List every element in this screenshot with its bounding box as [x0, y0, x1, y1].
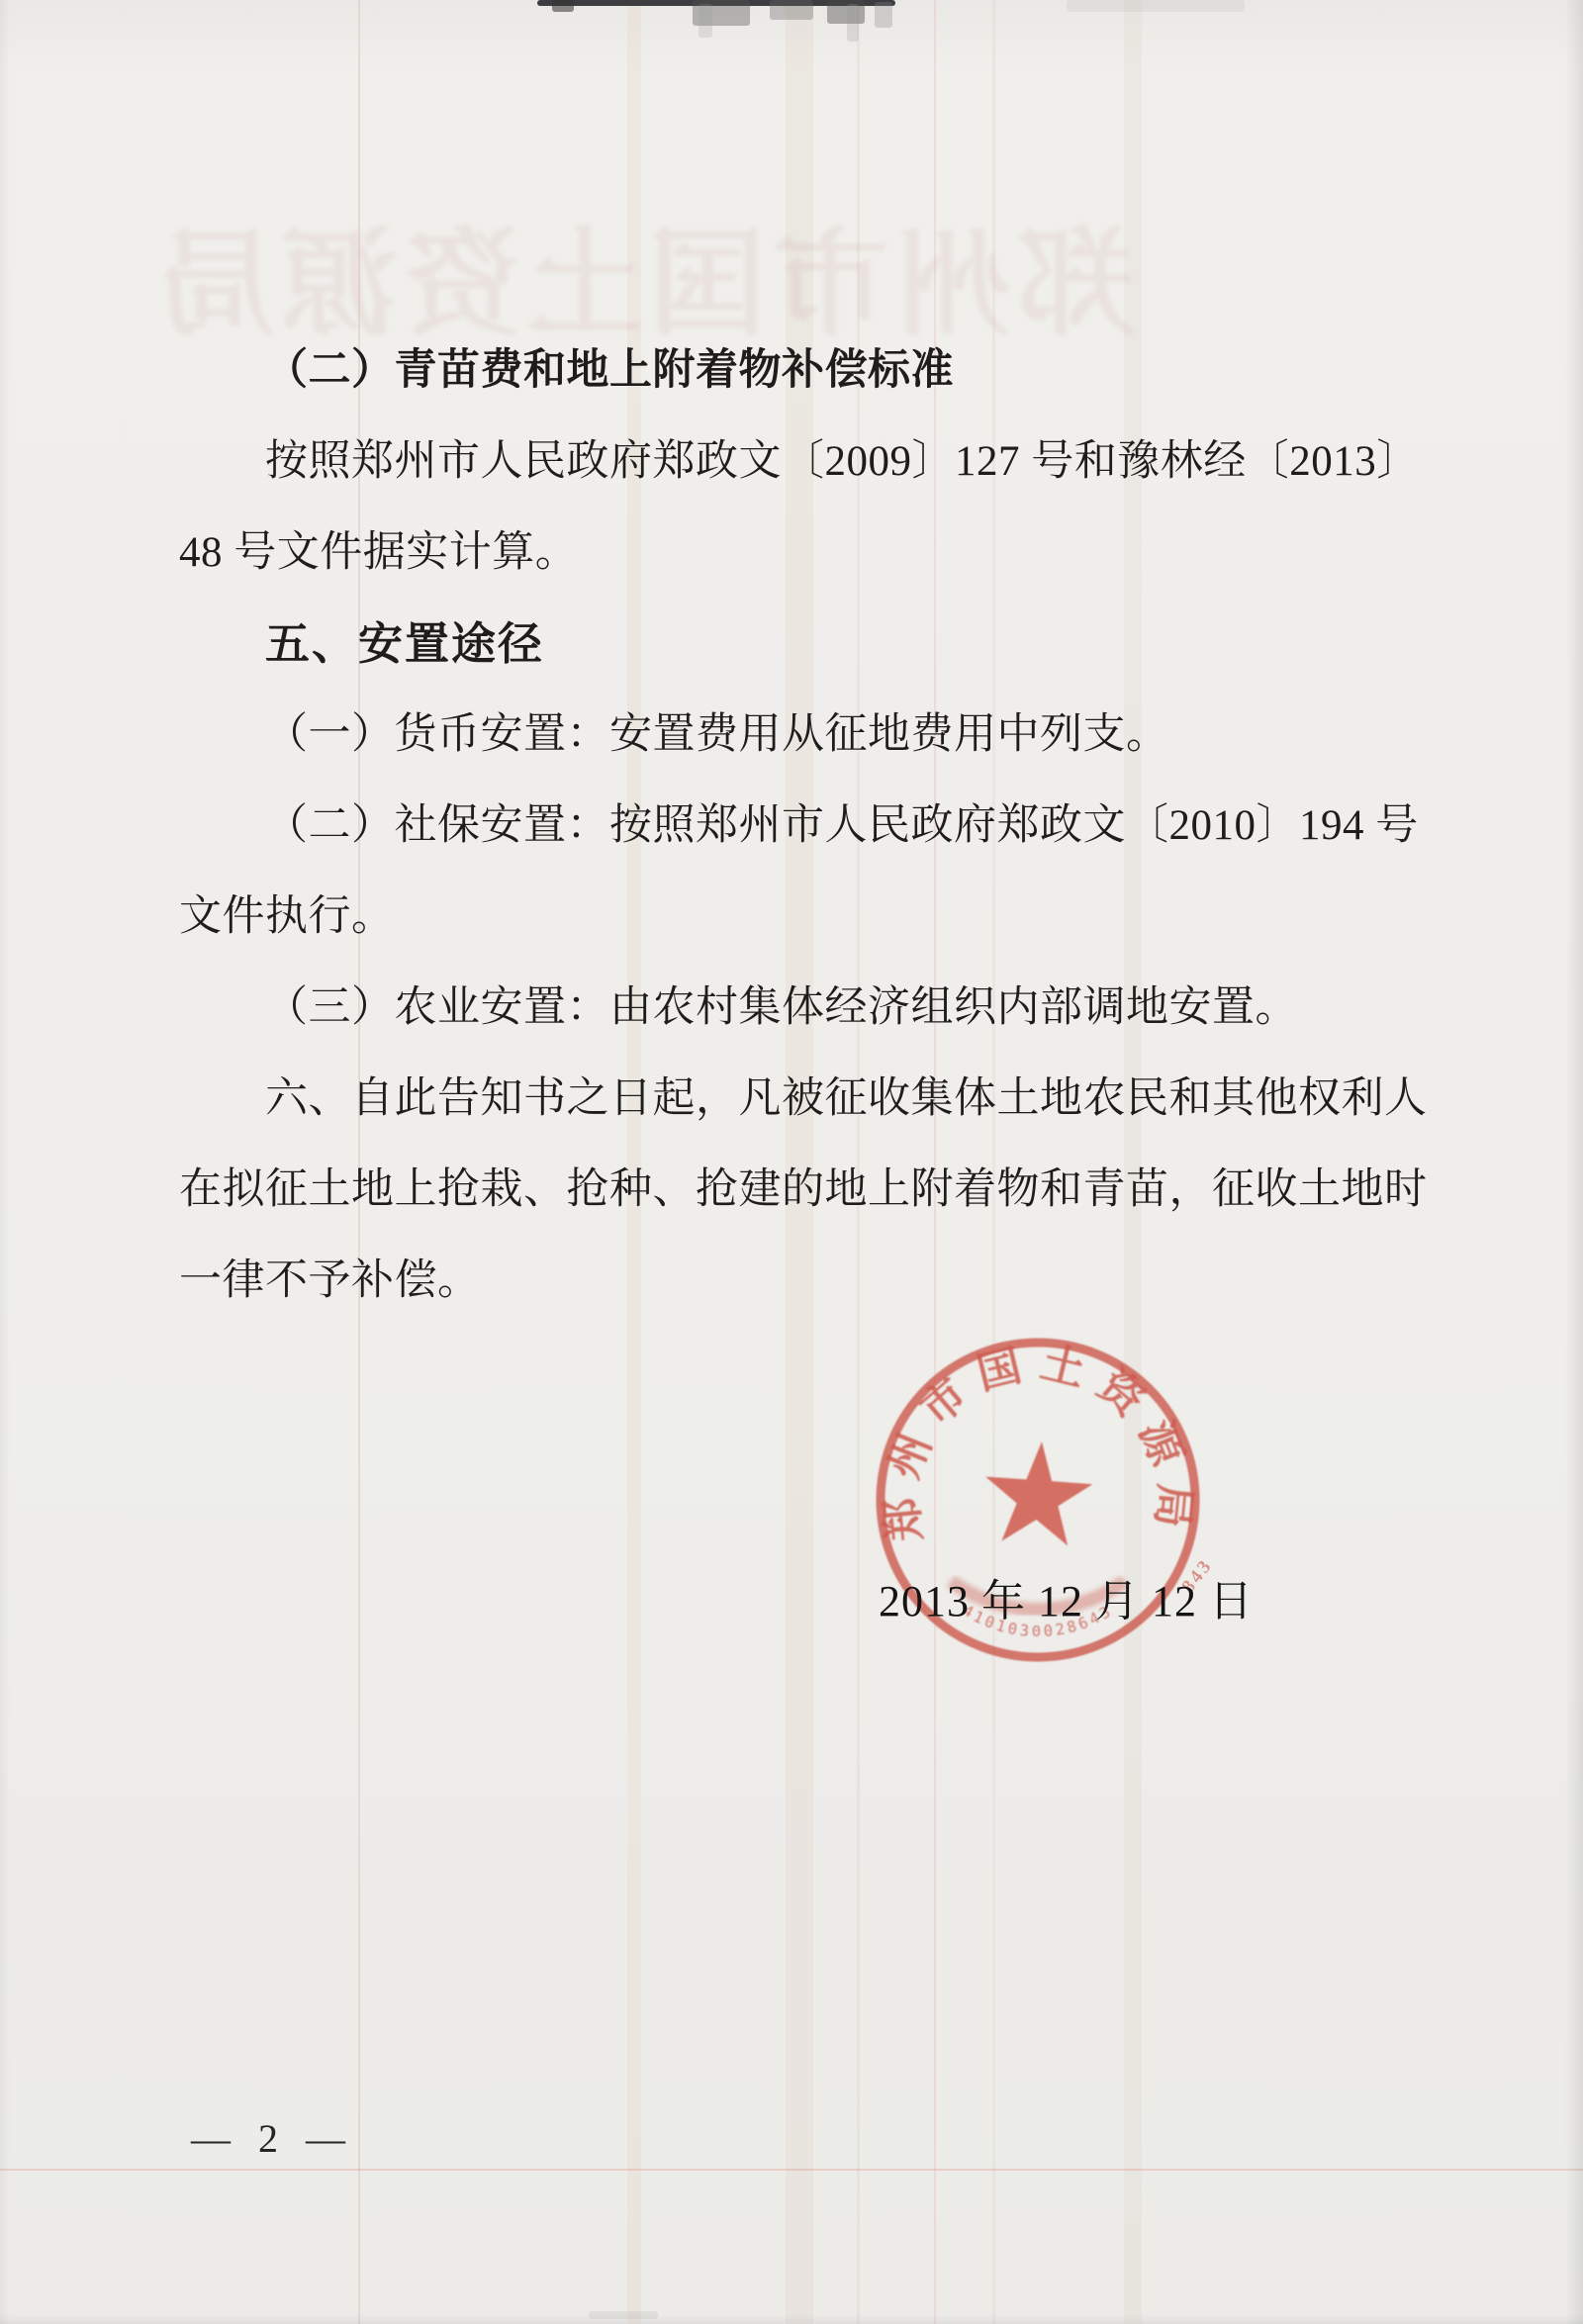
scan-edge-artifact — [875, 2, 892, 28]
body-line: （三）农业安置：由农村集体经济组织内部调地安置。 — [265, 983, 1298, 1033]
page-number: — 2 — — [191, 2115, 354, 2162]
body-line: 六、自此告知书之日起，凡被征收集体土地农民和其他权利人 — [265, 1074, 1428, 1124]
page-edge-shadow — [0, 0, 10, 2324]
section-heading-anzhi: 五、安置途径 — [265, 619, 544, 669]
scan-edge-artifact — [847, 4, 859, 42]
body-line: （一）货币安置：安置费用从征地费用中列支。 — [265, 710, 1169, 760]
scan-edge-artifact — [589, 2311, 658, 2319]
page-edge-shadow — [0, 2314, 1583, 2324]
scan-edge-artifact — [698, 4, 712, 38]
body-line: 48 号文件据实计算。 — [179, 528, 578, 578]
body-line: 在拟征土地上抢栽、抢种、抢建的地上附着物和青苗，征收土地时 — [179, 1165, 1428, 1215]
seal-ring-text: 郑州市国土资源局 — [876, 1339, 1199, 1544]
scan-streak — [992, 0, 995, 2324]
scan-line-artifact — [0, 2169, 1583, 2171]
body-line: 按照郑州市人民政府郑政文〔2009〕127 号和豫林经〔2013〕 — [265, 437, 1420, 487]
scan-edge-artifact — [537, 0, 895, 6]
body-line: （二）社保安置：按照郑州市人民政府郑政文〔2010〕194 号 — [265, 801, 1419, 851]
scan-streak — [1124, 0, 1142, 2324]
scan-edge-artifact — [1067, 0, 1245, 12]
scan-edge-artifact — [770, 0, 813, 20]
body-line: 一律不予补偿。 — [179, 1256, 481, 1306]
page-edge-shadow — [1565, 0, 1583, 2324]
scan-edge-artifact — [552, 0, 574, 12]
star-icon — [981, 1438, 1095, 1546]
subheading-qingmiao: （二）青苗费和地上附着物补偿标准 — [265, 346, 954, 396]
scan-edge-artifact — [827, 0, 865, 24]
issue-date: 2013 年 12 月 12 日 — [879, 1565, 1254, 1628]
body-line: 文件执行。 — [179, 892, 395, 942]
scan-edge-artifact — [693, 0, 750, 26]
bleedthrough-letterhead: 郑州市国土资源局 — [148, 190, 1138, 358]
scanned-document-page: 郑州市国土资源局 （二）青苗费和地上附着物补偿标准 按照郑州市人民政府郑政文〔2… — [0, 0, 1583, 2324]
